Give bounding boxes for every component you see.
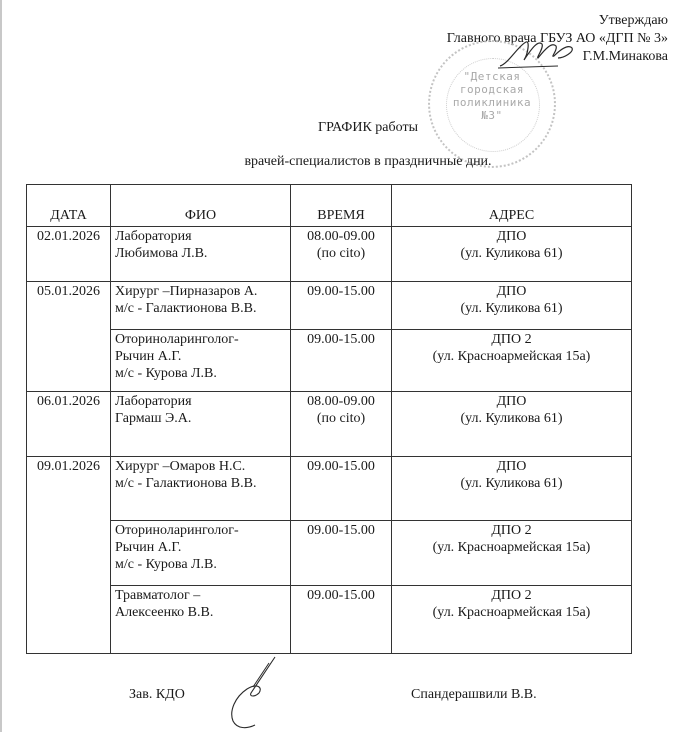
cell-fio: Травматолог –Алексеенко В.В. — [111, 586, 291, 654]
table-row: 02.01.2026ЛабораторияЛюбимова Л.В.08.00-… — [27, 227, 632, 282]
cell-time: 09.00-15.00 — [291, 282, 392, 330]
cell-fio-line: м/с - Галактионова В.В. — [115, 300, 286, 317]
cell-address-line: ДПО — [396, 228, 627, 245]
cell-fio-line: м/с - Курова Л.В. — [115, 365, 286, 382]
cell-time-line: (по cito) — [295, 245, 387, 262]
cell-address-line: ДПО — [396, 283, 627, 300]
cell-time: 09.00-15.00 — [291, 457, 392, 521]
cell-fio: Хирург –Пирназаров А.м/с - Галактионова … — [111, 282, 291, 330]
table-row: 09.01.2026Хирург –Омаров Н.С.м/с - Галак… — [27, 457, 632, 521]
cell-fio-line: Хирург –Пирназаров А. — [115, 283, 286, 300]
document-subtitle: врачей-специалистов в праздничные дни. — [0, 154, 696, 170]
cell-time-line: 09.00-15.00 — [295, 283, 387, 300]
director-signature — [498, 36, 578, 72]
cell-fio-line: Алексеенко В.В. — [115, 604, 286, 621]
cell-address: ДПО(ул. Куликова 61) — [392, 282, 632, 330]
table-row: 06.01.2026ЛабораторияГармаш Э.А.08.00-09… — [27, 392, 632, 457]
approval-title: Утверждаю — [447, 12, 668, 30]
cell-time-line: 09.00-15.00 — [295, 522, 387, 539]
cell-address-line: (ул. Красноармейская 15а) — [396, 348, 627, 365]
head-signature — [225, 655, 285, 731]
cell-address-line: (ул. Куликова 61) — [396, 410, 627, 427]
cell-time: 09.00-15.00 — [291, 586, 392, 654]
header-address: АДРЕС — [392, 185, 632, 227]
table-row: Травматолог –Алексеенко В.В.09.00-15.00Д… — [27, 586, 632, 654]
cell-time-line: 09.00-15.00 — [295, 587, 387, 604]
cell-address: ДПО(ул. Куликова 61) — [392, 457, 632, 521]
cell-address-line: ДПО — [396, 458, 627, 475]
cell-address-line: ДПО — [396, 393, 627, 410]
cell-fio: Оториноларинголог-Рычин А.Г.м/с - Курова… — [111, 521, 291, 586]
cell-fio-line: Травматолог – — [115, 587, 286, 604]
cell-date: 06.01.2026 — [27, 392, 111, 457]
cell-time-line: 09.00-15.00 — [295, 458, 387, 475]
cell-address: ДПО 2(ул. Красноармейская 15а) — [392, 521, 632, 586]
cell-time: 09.00-15.00 — [291, 521, 392, 586]
footer-role: Зав. КДО — [129, 687, 185, 703]
cell-date: 02.01.2026 — [27, 227, 111, 282]
cell-fio-line: Любимова Л.В. — [115, 245, 286, 262]
cell-address-line: ДПО 2 — [396, 331, 627, 348]
cell-time: 08.00-09.00(по cito) — [291, 392, 392, 457]
cell-fio-line: Гармаш Э.А. — [115, 410, 286, 427]
cell-fio-line: Оториноларинголог- — [115, 522, 286, 539]
cell-fio-line: Рычин А.Г. — [115, 348, 286, 365]
cell-address-line: (ул. Куликова 61) — [396, 300, 627, 317]
cell-fio: Хирург –Омаров Н.С.м/с - Галактионова В.… — [111, 457, 291, 521]
cell-time-line: 08.00-09.00 — [295, 393, 387, 410]
cell-fio: Оториноларинголог-Рычин А.Г.м/с - Курова… — [111, 330, 291, 392]
cell-address-line: ДПО 2 — [396, 522, 627, 539]
document-title: ГРАФИК работы — [0, 120, 696, 136]
cell-fio-line: м/с - Курова Л.В. — [115, 556, 286, 573]
cell-time: 08.00-09.00(по cito) — [291, 227, 392, 282]
cell-address-line: ДПО 2 — [396, 587, 627, 604]
cell-address-line: (ул. Красноармейская 15а) — [396, 539, 627, 556]
cell-address-line: (ул. Куликова 61) — [396, 475, 627, 492]
table-header-row: ДАТА ФИО ВРЕМЯ АДРЕС — [27, 185, 632, 227]
cell-address-line: (ул. Куликова 61) — [396, 245, 627, 262]
cell-fio-line: Хирург –Омаров Н.С. — [115, 458, 286, 475]
header-fio: ФИО — [111, 185, 291, 227]
cell-address: ДПО(ул. Куликова 61) — [392, 392, 632, 457]
schedule-table: ДАТА ФИО ВРЕМЯ АДРЕС 02.01.2026Лаборатор… — [26, 184, 632, 654]
cell-fio-line: Лаборатория — [115, 228, 286, 245]
cell-time-line: (по cito) — [295, 410, 387, 427]
cell-address: ДПО(ул. Куликова 61) — [392, 227, 632, 282]
footer-name: Спандерашвили В.В. — [411, 687, 537, 703]
table-row: 05.01.2026Хирург –Пирназаров А.м/с - Гал… — [27, 282, 632, 330]
stamp-text: "Детская городская поликлиника №3" — [430, 70, 554, 122]
cell-fio-line: Лаборатория — [115, 393, 286, 410]
cell-fio-line: м/с - Галактионова В.В. — [115, 475, 286, 492]
header-time: ВРЕМЯ — [291, 185, 392, 227]
table-row: Оториноларинголог-Рычин А.Г.м/с - Курова… — [27, 521, 632, 586]
cell-date: 09.01.2026 — [27, 457, 111, 654]
header-date: ДАТА — [27, 185, 111, 227]
cell-time-line: 09.00-15.00 — [295, 331, 387, 348]
table-row: Оториноларинголог-Рычин А.Г.м/с - Курова… — [27, 330, 632, 392]
cell-address-line: (ул. Красноармейская 15а) — [396, 604, 627, 621]
cell-fio: ЛабораторияГармаш Э.А. — [111, 392, 291, 457]
cell-time-line: 08.00-09.00 — [295, 228, 387, 245]
cell-time: 09.00-15.00 — [291, 330, 392, 392]
cell-fio-line: Рычин А.Г. — [115, 539, 286, 556]
cell-fio-line: Оториноларинголог- — [115, 331, 286, 348]
cell-address: ДПО 2(ул. Красноармейская 15а) — [392, 586, 632, 654]
cell-fio: ЛабораторияЛюбимова Л.В. — [111, 227, 291, 282]
cell-address: ДПО 2(ул. Красноармейская 15а) — [392, 330, 632, 392]
cell-date: 05.01.2026 — [27, 282, 111, 392]
page-edge — [0, 0, 2, 732]
